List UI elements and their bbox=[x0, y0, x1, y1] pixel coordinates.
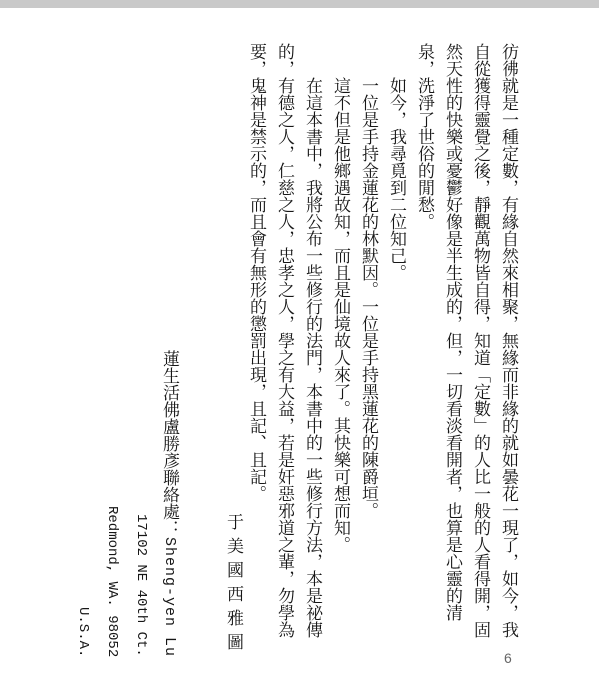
contact-name: Sheng-yen Lu bbox=[161, 537, 178, 657]
address-line-1: 17102 NE 40th Ct. bbox=[126, 350, 155, 657]
main-text-block: 彷彿就是一種定數，有緣自然來相聚，無緣而非緣的就如曇花一現了，如今，我自從獲得靈… bbox=[242, 43, 522, 643]
address-line-2: Redmond, WA. 98052 bbox=[97, 350, 126, 657]
signature-line: 于美國西雅圖 bbox=[221, 513, 246, 657]
page-top-edge bbox=[0, 0, 599, 8]
book-page: 彷彿就是一種定數，有緣自然來相聚，無緣而非緣的就如曇花一現了，如今，我自從獲得靈… bbox=[0, 0, 599, 681]
address-line-3: U.S.A. bbox=[68, 350, 97, 657]
paragraph-4: 這不但是他鄉遇故知，而且是仙境故人來了。其快樂可想而知。 bbox=[326, 43, 354, 643]
paragraph-2: 如今，我尋覓到二位知己。 bbox=[382, 43, 410, 643]
contact-line: 蓮生活佛盧勝彥聯絡處：Sheng-yen Lu bbox=[155, 350, 184, 657]
contact-block: 蓮生活佛盧勝彥聯絡處：Sheng-yen Lu 17102 NE 40th Ct… bbox=[68, 350, 184, 657]
paragraph-1: 彷彿就是一種定數，有緣自然來相聚，無緣而非緣的就如曇花一現了，如今，我自從獲得靈… bbox=[410, 43, 522, 643]
contact-label: 蓮生活佛盧勝彥聯絡處： bbox=[160, 350, 179, 537]
paragraph-5: 在這本書中，我將公布一些修行的法門，本書中的一些修行方法，本是祕傳的，有德之人，… bbox=[242, 43, 326, 643]
page-number: 6 bbox=[504, 650, 512, 666]
paragraph-3: 一位是手持金蓮花的林默因。一位是手持黑蓮花的陳爵垣。 bbox=[354, 43, 382, 643]
